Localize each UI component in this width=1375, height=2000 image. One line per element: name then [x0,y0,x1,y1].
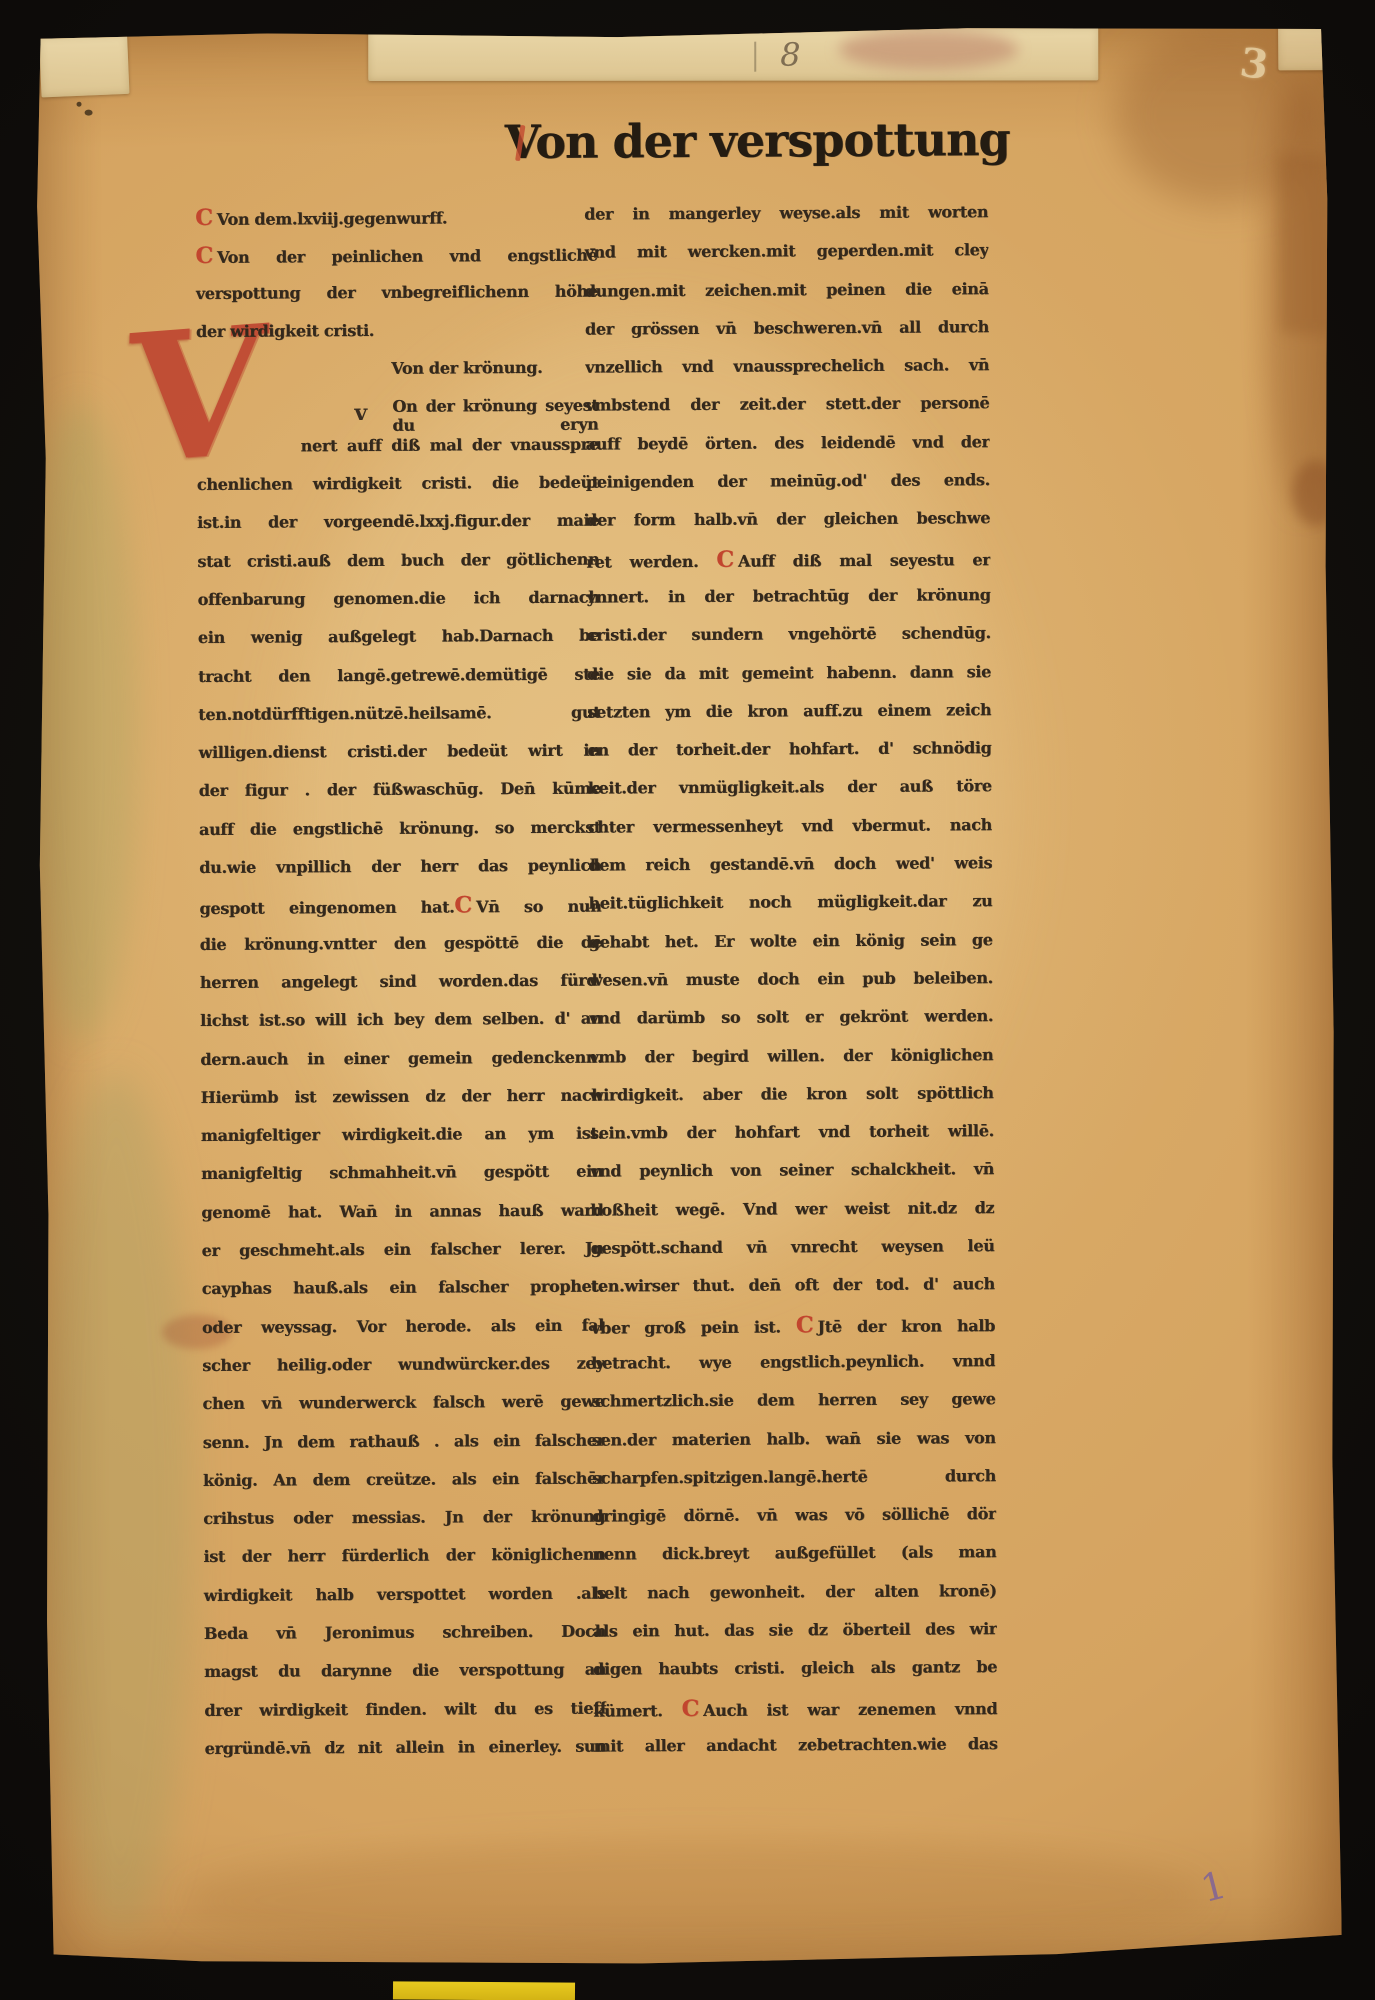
text-line: verspottung der vnbegreiflichenn höhe [196,281,598,322]
text-line: dem reich gestandē.vn̄ doch wed' weis [588,853,992,894]
text-line: boßheit wegē. Vnd wer weist nit.dz dz [590,1198,994,1239]
text-line: ten.wirser thut. den̄ oft der tod. d' au… [591,1274,995,1315]
text-line: dringigē dörnē. vn̄ was vō söllichē dör [592,1504,996,1545]
text-line: chenlichen wirdigkeit cristi. die bedeüt [197,473,599,514]
text-line: On der krönung seyest du eryn [196,396,598,437]
text-line: keit.der vnmügligkeit.als der auß töre [588,777,992,818]
text-line: schmertzlich.sie dem herren sey gewe [591,1389,995,1430]
text-line: crihstus oder messias. Jn der krönung [203,1507,605,1548]
corner-folio-number: 3 [1237,39,1271,89]
stain [24,401,138,1042]
text-line: gespött.schand vn̄ vnrecht weysen leü [590,1236,994,1277]
stain [1293,460,1339,526]
text-line: mit aller andacht zebetrachten.wie das [594,1734,998,1775]
tape-top-right [1278,24,1336,70]
pilcrow-mark: C [195,205,217,231]
text-line: offenbarung genomen.die ich darnach [198,588,600,629]
text-line: manigfeltig schmahheit.vn̄ gespött ein [201,1162,603,1203]
text-line: der grössen vn̄ beschweren.vn̄ all durch [585,317,989,358]
text-line: er geschmeht.als ein falscher lerer. Jn [201,1239,603,1280]
yellow-tab [393,1981,575,2000]
text-line: auff die engstlichē krönung. so merckst [199,817,601,858]
text-line: willigen.dienst cristi.der bedeüt wirt i… [198,741,600,782]
text-line: herren angelegt sind worden.das fürd' [200,970,602,1011]
text-line: der in mangerley weyse.als mit worten [584,202,988,243]
text-line: setzten ym die kron auff.zu einem zeich [587,700,991,741]
text-line: die sie da mit gemeint habenn. dann sie [587,662,991,703]
text-line: Von der krönung. [196,358,598,399]
text-line: Hierümb ist zewissen dz der herr nach [201,1085,603,1126]
stain [185,1835,1206,1961]
text-line: chter vermessenheyt vnd vbermut. nach [588,815,992,856]
tape-stain [838,29,1018,69]
text-line: ergründē.vn̄ dz nit allein in einerley. … [205,1736,607,1777]
text-line: betracht. wye engstlich.peynlich. vnnd [591,1351,995,1392]
text-line: die krönung.vntter den gespöttē die dē [200,932,602,973]
pilcrow-mark: C [682,1696,704,1722]
text-line: vnzellich vnd vnaussprechelich sach. vn̄ [585,355,989,396]
text-line: digen haubts cristi. gleich als gantz be [593,1657,997,1698]
pilcrow-mark: C [195,243,217,269]
text-line: nert auff diß mal der vnausspre [197,434,599,475]
text-column-right: der in mangerley weyse.als mit wortenvnd… [584,202,998,1775]
text-line: nenn dick.breyt außgefüllet (als man [592,1543,996,1584]
text-line: vmb der begird willen. der königlichen [589,1045,993,1086]
tape-crease [754,42,756,72]
text-line: du.wie vnpillich der herr das peynlich [199,856,601,897]
pilcrow-mark: C [716,547,738,573]
text-line: vber groß pein ist. CJtē der kron halb [591,1313,995,1354]
text-line: kümert. CAuch ist war zenemen vnnd [593,1696,997,1737]
text-line: der figur . der füßwaschūg. Den̄ kūme [199,779,601,820]
text-line: drer wirdigkeit finden. wilt du es tieff [204,1698,606,1739]
text-line: chen vn̄ wunderwerck falsch werē gewe [202,1392,604,1433]
handwritten-number: 8 [780,36,800,74]
text-line: wesen.vn̄ muste doch ein pub beleiben. [589,968,993,1009]
text-line: ten.notdürfftigen.nützē.heilsamē. gut [198,702,600,743]
text-line: CVon dem.lxviij.gegenwurff. [195,205,597,246]
text-line: ist.in der vorgeendē.lxxj.figur.der maie [197,511,599,552]
text-line: ret werden. CAuff diß mal seyestu er [586,547,990,588]
page-title: Von der verspottung [505,112,1010,169]
text-line: vmbstend der zeit.der stett.der personē [585,394,989,435]
text-line: sen.der materien halb. wan̄ sie was von [592,1428,996,1469]
text-line: en der torheit.der hohfart. d' schnödig [587,738,991,779]
text-line: wirdigkeit halb verspottet worden .als [204,1583,606,1624]
text-line: peinigenden der meinūg.od' des ends. [586,470,990,511]
text-line: vnd darümb so solt er gekrönt werden. [589,1006,993,1047]
text-line: genomē hat. Wan̄ in annas hauß ward [201,1200,603,1241]
text-line: cristi.der sundern vngehörtē schendūg. [587,623,991,664]
text-line: ein wenig außgelegt hab.Darnach be [198,626,600,667]
speck [77,102,82,107]
text-line: tracht den langē.getrewē.demütigē ste [198,664,600,705]
text-line: scharpfen.spitzigen.langē.hertē durch [592,1466,996,1507]
text-line: CVon der peinlichen vnd engstlichē [195,243,597,284]
speck [85,110,93,116]
stain [1279,154,1332,334]
text-line: als ein hut. das sie dz öberteil des wir [593,1619,997,1660]
tape-top-center: 8 [368,27,1098,81]
text-line: könig. An dem creütze. als ein falschēr [203,1468,605,1509]
text-line: magst du darynne die verspottung an [204,1660,606,1701]
text-line: ynnert. in der betrachtūg der krönung [586,585,990,626]
text-line: vnd peynlich von seiner schalckheit. vn̄ [590,1160,994,1201]
text-line: manigfeltiger wirdigkeit.die an ym ist. [201,1124,603,1165]
text-line: cayphas hauß.als ein falscher prophet. [202,1277,604,1318]
stain [40,1071,195,1932]
text-line: lichst ist.so will ich bey dem selben. d… [200,1009,602,1050]
pilcrow-mark: C [454,894,476,919]
text-line: vnd mit wercken.mit geperden.mit cley [584,240,988,281]
incunabulum-leaf: Von der verspottung V v CVon dem.lxviij.… [34,24,1342,1970]
text-line: auff beydē örten. des leidendē vnd der [586,432,990,473]
text-line: der form halb.vn̄ der gleichen beschwe [586,509,990,550]
text-line: gehabt het. Er wolte ein könig sein ge [589,930,993,971]
text-column-left: CVon dem.lxviij.gegenwurff.CVon der pein… [195,205,607,1778]
text-line: scher heilig.oder wundwürcker.des zey [202,1353,604,1394]
text-line: dungen.mit zeichen.mit peinen die einā [585,279,989,320]
text-line: stat cristi.auß dem buch der götlichenn [197,549,599,590]
text-line: heit.tüglichkeit noch mügligkeit.dar zu [588,891,992,932]
tape-top-left [39,34,129,98]
text-line: Beda vn̄ Jeronimus schreiben. Doch [204,1621,606,1662]
text-line: sein.vmb der hohfart vnd torheit willē. [590,1121,994,1162]
text-line: helt nach gewonheit. der alten kronē) [593,1581,997,1622]
text-line: der wirdigkeit cristi. [196,319,598,360]
text-line: senn. Jn dem rathauß . als ein falscher [203,1430,605,1471]
stain [1264,84,1337,514]
pilcrow-mark: C [796,1313,818,1338]
pencil-mark: 1 [1196,1862,1230,1911]
text-line: gespott eingenomen hat.CVn̄ so nun [199,894,601,935]
photograph-background: { "header": { "title": "Von der verspott… [0,0,1375,2000]
text-line: dern.auch in einer gemein gedenckenn. [200,1047,602,1088]
text-line: wirdigkeit. aber die kron solt spöttlich [590,1083,994,1124]
text-line: ist der herr fürderlich der königlichenn [203,1545,605,1586]
text-line: oder weyssag. Vor herode. als ein fal [202,1315,604,1356]
